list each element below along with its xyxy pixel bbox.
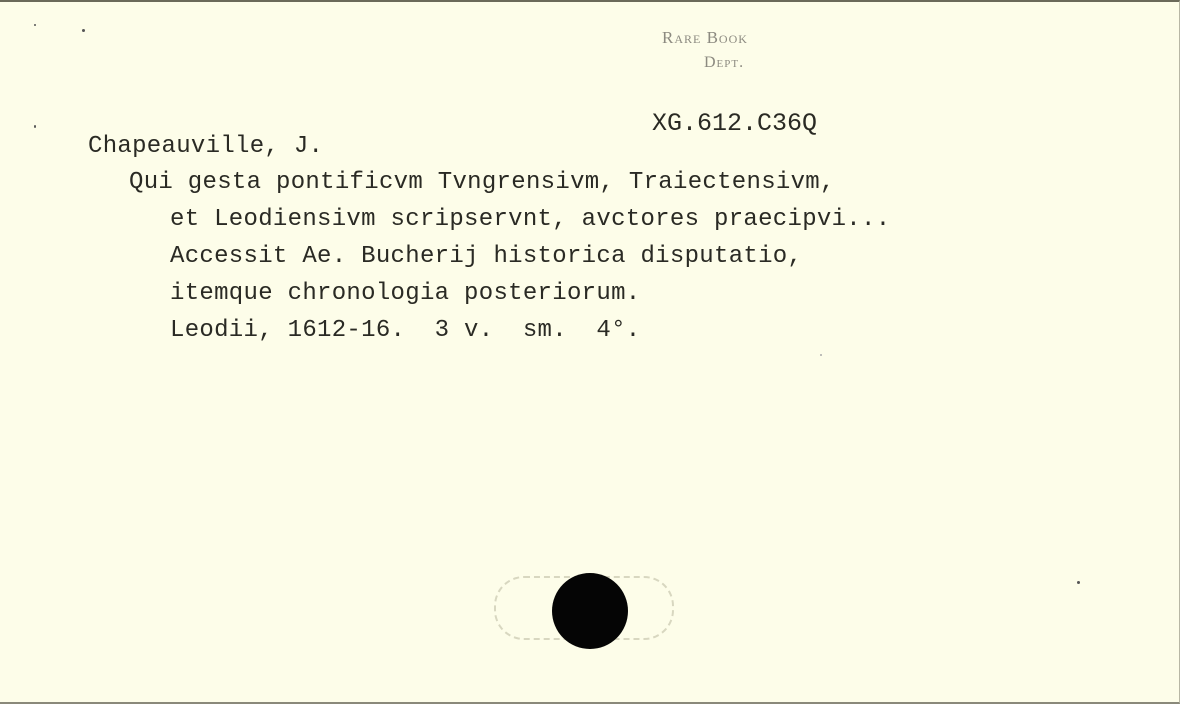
title-line-3: Accessit Ae. Bucherij historica disputat… — [170, 243, 802, 270]
author-heading: Chapeauville, J. — [88, 133, 323, 160]
title-line-1: Qui gesta pontificvm Tvngrensivm, Traiec… — [129, 169, 835, 196]
speck-mark — [34, 24, 36, 26]
speck-mark — [820, 354, 822, 356]
speck-mark — [82, 29, 85, 32]
rare-book-stamp-line1: Rare Book — [662, 28, 748, 48]
title-line-2: et Leodiensivm scripservnt, avctores pra… — [170, 206, 890, 233]
punch-hole-icon — [552, 573, 628, 649]
catalog-card: Rare Book Dept. XG.612.C36Q Chapeauville… — [0, 0, 1180, 704]
title-line-4: itemque chronologia posteriorum. — [170, 280, 640, 307]
imprint-line: Leodii, 1612-16. 3 v. sm. 4°. — [170, 317, 640, 344]
speck-mark — [1077, 581, 1080, 584]
rare-book-stamp-line2: Dept. — [704, 54, 744, 72]
call-number: XG.612.C36Q — [652, 109, 817, 138]
speck-mark — [34, 125, 36, 128]
